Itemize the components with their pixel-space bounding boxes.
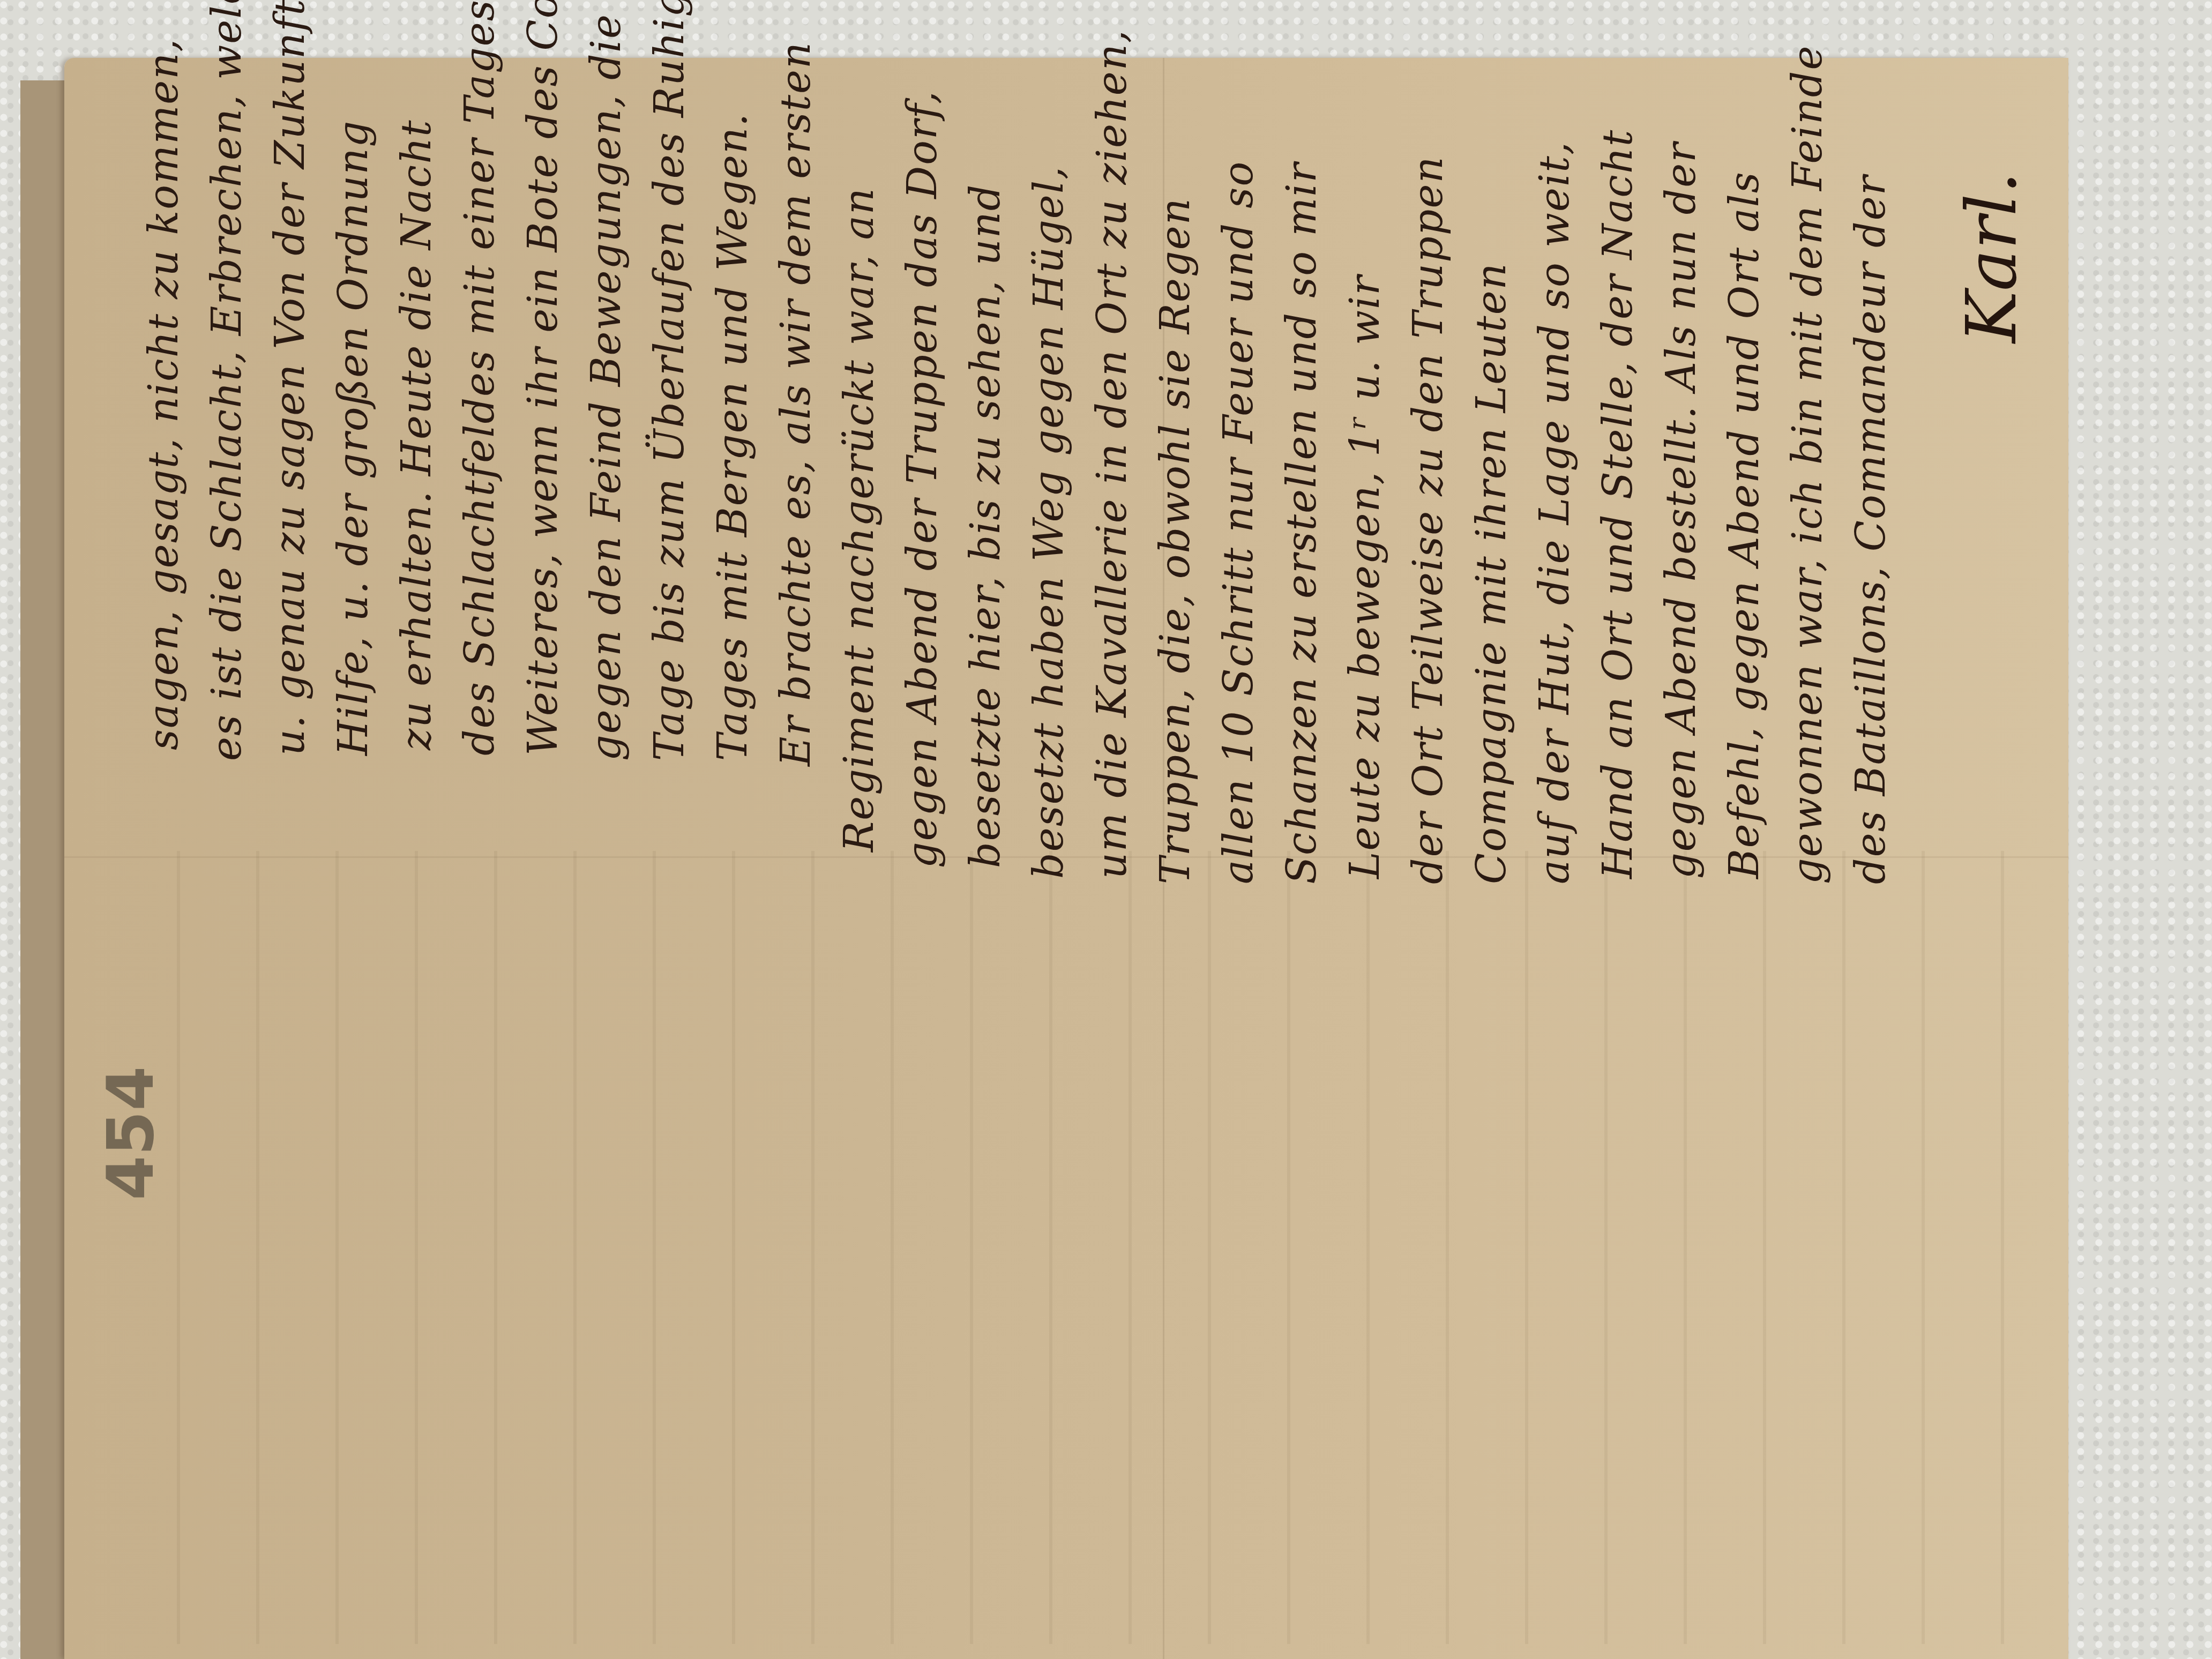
handwritten-line: Compagnie mit ihren Leuten	[1467, 262, 1515, 884]
handwritten-line: Truppen, die, obwohl sie Regen	[1151, 197, 1199, 884]
handwritten-line: um die Kavallerie in den Ort zu ziehen,	[1088, 29, 1135, 879]
handwritten-line: des Bataillons, Commandeur der	[1847, 175, 1894, 884]
handwritten-line: allen 10 Schritt nur Feuer und so	[1214, 161, 1262, 884]
handwritten-line: auf der Hut, die Lage und so weit,	[1530, 141, 1578, 884]
ink-bleed-through	[145, 851, 2020, 1644]
handwritten-line: Regiment nachgerückt war, an	[835, 187, 883, 852]
handwritten-line: der Ort Teilweise zu den Truppen	[1404, 156, 1452, 884]
handwritten-line: besetzt haben Weg gegen Hügel,	[1025, 166, 1072, 879]
handwritten-line: des Schlachtfeldes mit einer Tagesbe,	[455, 0, 503, 756]
handwritten-line: zu erhalten. Heute die Nacht	[392, 119, 440, 750]
handwritten-line: gegen den Feind Bewegungen, die ebenso	[582, 0, 630, 761]
handwritten-line: Schanzen zu erstellen und so mir	[1277, 162, 1325, 884]
handwritten-line: Tages mit Bergen und Wegen.	[708, 113, 756, 761]
handwritten-line: Befehl, gegen Abend und Ort als	[1720, 171, 1768, 879]
handwritten-line: Hand an Ort und Stelle, der Nacht	[1594, 129, 1641, 879]
handwritten-line: u. genau zu sagen Von der Zukunft	[266, 0, 313, 756]
handwritten-line: besetzte hier, bis zu sehen, und	[961, 184, 1009, 868]
handwritten-line: Leute zu bewegen, 1ʳ u. wir	[1341, 274, 1388, 879]
handwritten-line: gegen Abend bestellt. Als nun der	[1657, 141, 1705, 879]
handwritten-line: gegen Abend der Truppen das Dorf,	[898, 90, 946, 868]
handwritten-line: sagen, gesagt, nicht zu kommen,	[139, 38, 187, 750]
handwritten-line: es ist die Schlacht, Erbrechen, welche	[203, 0, 250, 761]
handwritten-line: Er brachte es, als wir dem ersten	[772, 41, 819, 766]
handwritten-line: Tage bis zum Überlaufen des Ruhigen	[645, 0, 693, 761]
signature: Karl.	[1951, 171, 2032, 343]
pencil-catalog-number: 454	[94, 1066, 168, 1201]
handwritten-line: Weiteres, wenn ihr ein Bote des Com.,	[519, 0, 566, 756]
handwritten-line: Hilfe, u. der großen Ordnung	[329, 120, 377, 756]
handwritten-line: gewonnen war, ich bin mit dem Feinde	[1783, 45, 1831, 884]
